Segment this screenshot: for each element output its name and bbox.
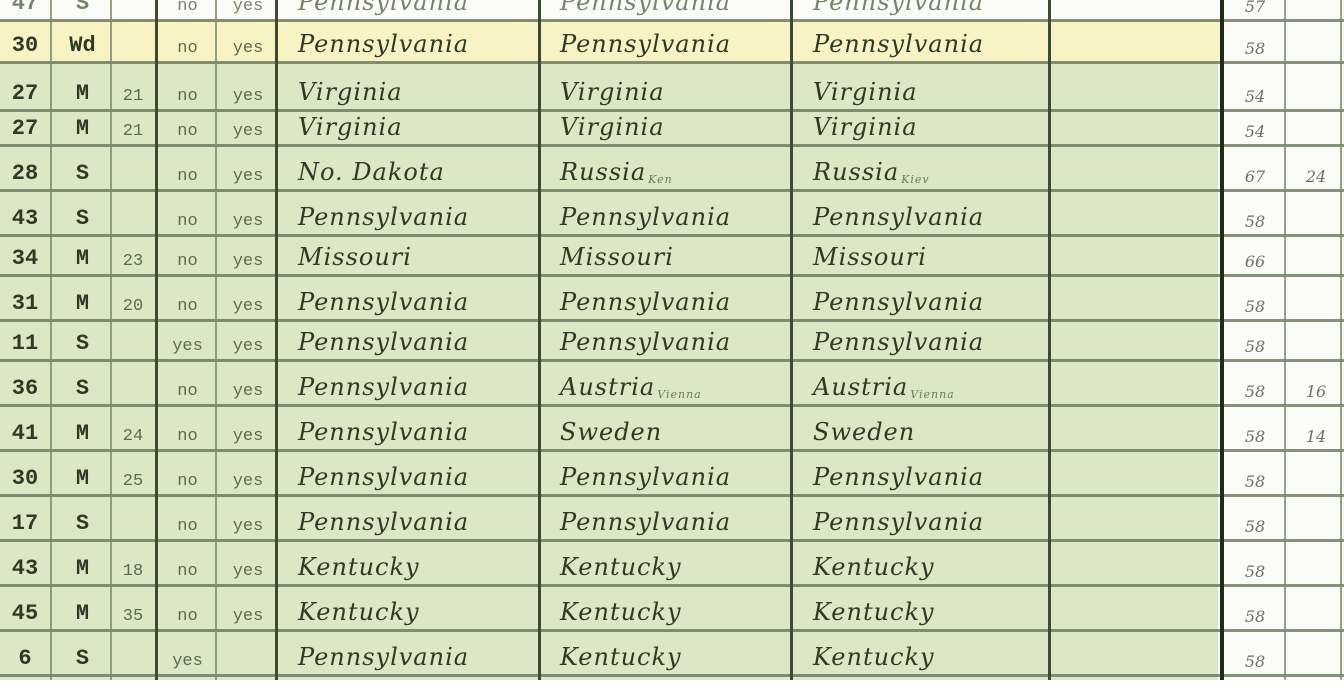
code-1-value: 54 bbox=[1245, 87, 1265, 106]
row-rule bbox=[0, 319, 1344, 322]
birthplace-value: Pennsylvania bbox=[298, 373, 469, 401]
code-2-cell bbox=[1288, 275, 1344, 320]
code-1-value: 58 bbox=[1245, 562, 1265, 581]
school-cell: no bbox=[160, 190, 215, 235]
code-2-cell bbox=[1288, 585, 1344, 630]
mother-birthplace-cell: Pennsylvania bbox=[805, 275, 1048, 320]
age-at-marriage-cell bbox=[112, 20, 154, 62]
age-at-marriage-cell bbox=[112, 360, 154, 405]
column-rule bbox=[110, 0, 112, 688]
code-1-value: 67 bbox=[1245, 167, 1265, 186]
age-cell: 28 bbox=[0, 145, 50, 190]
code-1-cell: 54 bbox=[1226, 110, 1284, 145]
age-cell: 11 bbox=[0, 320, 50, 360]
read-write-value: yes bbox=[233, 87, 264, 106]
census-row[interactable]: 34M23noyesMissouriMissouriMissouri66 bbox=[0, 235, 1344, 275]
age-value: 31 bbox=[12, 291, 38, 316]
code-1-cell: 58 bbox=[1226, 275, 1284, 320]
school-cell: yes bbox=[160, 630, 215, 675]
code-2-cell: 16 bbox=[1288, 360, 1344, 405]
code-1-value: 58 bbox=[1245, 472, 1265, 491]
father-birthplace-cell: Kentucky bbox=[552, 585, 788, 630]
marital-status-cell: M bbox=[55, 540, 110, 585]
mother-birthplace-cell: Pennsylvania bbox=[805, 190, 1048, 235]
census-row[interactable]: 45M35noyesKentuckyKentuckyKentucky58 bbox=[0, 585, 1344, 630]
marital-status-value: M bbox=[76, 421, 89, 446]
code-2-value: 24 bbox=[1306, 167, 1326, 186]
code-1-value: 58 bbox=[1245, 39, 1265, 58]
school-cell: no bbox=[160, 145, 215, 190]
birthplace-cell: Pennsylvania bbox=[290, 450, 538, 495]
age-cell: 30 bbox=[0, 20, 50, 62]
school-value: no bbox=[177, 427, 197, 446]
age-cell: 43 bbox=[0, 190, 50, 235]
mother-birthplace-value: Pennsylvania bbox=[813, 463, 984, 491]
marital-status-value: S bbox=[76, 0, 89, 16]
column-rule bbox=[215, 0, 217, 688]
census-row[interactable]: 30M25noyesPennsylvaniaPennsylvaniaPennsy… bbox=[0, 450, 1344, 495]
father-birthplace-value: Sweden bbox=[560, 418, 662, 446]
column-rule bbox=[538, 0, 541, 688]
census-row[interactable]: 11SyesyesPennsylvaniaPennsylvaniaPennsyl… bbox=[0, 320, 1344, 360]
age-cell: 41 bbox=[0, 405, 50, 450]
father-birthplace-cell: Missouri bbox=[552, 235, 788, 275]
code-1-cell: 58 bbox=[1226, 450, 1284, 495]
mother-birthplace-cell: Pennsylvania bbox=[805, 20, 1048, 62]
age-value: 45 bbox=[12, 601, 38, 626]
marital-status-cell: S bbox=[55, 320, 110, 360]
age-value: 30 bbox=[12, 33, 38, 58]
marital-status-value: S bbox=[76, 646, 89, 671]
marital-status-cell: M bbox=[55, 275, 110, 320]
marital-status-cell: M bbox=[55, 235, 110, 275]
column-rule bbox=[155, 0, 158, 688]
mother-birthplace-value: Missouri bbox=[813, 243, 927, 271]
read-write-value: yes bbox=[233, 607, 264, 626]
school-value: yes bbox=[172, 337, 203, 356]
age-at-marriage-value: 20 bbox=[123, 297, 143, 316]
father-birthplace-value: Kentucky bbox=[560, 643, 682, 671]
age-at-marriage-cell bbox=[112, 190, 154, 235]
birthplace-value: Missouri bbox=[298, 243, 412, 271]
code-2-value: 16 bbox=[1306, 382, 1326, 401]
age-at-marriage-value: 35 bbox=[123, 607, 143, 626]
code-2-cell bbox=[1288, 0, 1344, 20]
marital-status-cell: S bbox=[55, 145, 110, 190]
code-2-cell: 24 bbox=[1288, 145, 1344, 190]
annotation-note: Vienna bbox=[657, 388, 702, 401]
father-birthplace-cell: Kentucky bbox=[552, 630, 788, 675]
birthplace-value: No. Dakota bbox=[298, 158, 445, 186]
father-birthplace-value: Kentucky bbox=[560, 598, 682, 626]
age-at-marriage-cell: 24 bbox=[112, 405, 154, 450]
code-2-cell: 14 bbox=[1288, 405, 1344, 450]
code-2-cell bbox=[1288, 630, 1344, 675]
birthplace-cell: Pennsylvania bbox=[290, 320, 538, 360]
school-value: no bbox=[177, 122, 197, 141]
marital-status-cell: M bbox=[55, 110, 110, 145]
school-value: no bbox=[177, 87, 197, 106]
father-birthplace-value: Missouri bbox=[560, 243, 674, 271]
birthplace-cell: Pennsylvania bbox=[290, 630, 538, 675]
census-row[interactable]: 27M21noyesVirginiaVirginiaVirginia54 bbox=[0, 110, 1344, 145]
marital-status-value: S bbox=[76, 511, 89, 536]
age-at-marriage-cell bbox=[112, 320, 154, 360]
birthplace-cell: Pennsylvania bbox=[290, 190, 538, 235]
row-rule bbox=[0, 584, 1344, 587]
read-write-cell: yes bbox=[222, 0, 274, 20]
code-1-cell: 58 bbox=[1226, 190, 1284, 235]
column-rule bbox=[1340, 0, 1342, 688]
mother-birthplace-value: Pennsylvania bbox=[813, 203, 984, 231]
age-at-marriage-cell: 20 bbox=[112, 275, 154, 320]
mother-birthplace-value: Pennsylvania bbox=[813, 30, 984, 58]
code-1-value: 66 bbox=[1245, 252, 1265, 271]
birthplace-cell: Pennsylvania bbox=[290, 405, 538, 450]
mother-birthplace-cell: Kentucky bbox=[805, 540, 1048, 585]
mother-birthplace-value: Russia bbox=[813, 158, 899, 186]
read-write-cell: yes bbox=[222, 20, 274, 62]
code-1-cell: 58 bbox=[1226, 360, 1284, 405]
row-rule bbox=[0, 109, 1344, 112]
birthplace-cell: Pennsylvania bbox=[290, 0, 538, 20]
birthplace-cell: Pennsylvania bbox=[290, 20, 538, 62]
age-at-marriage-cell bbox=[112, 495, 154, 540]
father-birthplace-value: Pennsylvania bbox=[560, 203, 731, 231]
code-2-cell bbox=[1288, 320, 1344, 360]
marital-status-value: M bbox=[76, 466, 89, 491]
father-birthplace-value: Pennsylvania bbox=[560, 508, 731, 536]
age-value: 27 bbox=[12, 116, 38, 141]
mother-birthplace-cell: Sweden bbox=[805, 405, 1048, 450]
school-cell: no bbox=[160, 235, 215, 275]
school-value: no bbox=[177, 212, 197, 231]
code-1-value: 58 bbox=[1245, 337, 1265, 356]
age-at-marriage-cell bbox=[112, 0, 154, 20]
birthplace-cell: Kentucky bbox=[290, 585, 538, 630]
read-write-value: yes bbox=[233, 337, 264, 356]
mother-birthplace-value: Pennsylvania bbox=[813, 328, 984, 356]
father-birthplace-value: Pennsylvania bbox=[560, 288, 731, 316]
row-rule bbox=[0, 19, 1344, 22]
school-value: no bbox=[177, 39, 197, 58]
age-at-marriage-cell bbox=[112, 630, 154, 675]
marital-status-value: M bbox=[76, 291, 89, 316]
code-1-cell: 58 bbox=[1226, 540, 1284, 585]
birthplace-value: Pennsylvania bbox=[298, 418, 469, 446]
mother-birthplace-value: Kentucky bbox=[813, 643, 935, 671]
birthplace-value: Pennsylvania bbox=[298, 328, 469, 356]
mother-birthplace-cell: Pennsylvania bbox=[805, 495, 1048, 540]
column-rule bbox=[50, 0, 52, 688]
age-at-marriage-value: 25 bbox=[123, 472, 143, 491]
code-1-value: 58 bbox=[1245, 212, 1265, 231]
row-rule bbox=[0, 449, 1344, 452]
birthplace-cell: Virginia bbox=[290, 110, 538, 145]
age-value: 28 bbox=[12, 161, 38, 186]
birthplace-cell: Missouri bbox=[290, 235, 538, 275]
school-value: no bbox=[177, 297, 197, 316]
father-birthplace-cell: Virginia bbox=[552, 62, 788, 110]
father-birthplace-value: Kentucky bbox=[560, 553, 682, 581]
code-1-value: 58 bbox=[1245, 382, 1265, 401]
age-cell: 36 bbox=[0, 360, 50, 405]
birthplace-value: Pennsylvania bbox=[298, 643, 469, 671]
code-2-cell bbox=[1288, 110, 1344, 145]
code-2-cell bbox=[1288, 540, 1344, 585]
census-row[interactable]: 43SnoyesPennsylvaniaPennsylvaniaPennsylv… bbox=[0, 190, 1344, 235]
column-rule bbox=[1048, 0, 1051, 688]
code-1-cell: 58 bbox=[1226, 630, 1284, 675]
age-cell: 43 bbox=[0, 540, 50, 585]
marital-status-cell: M bbox=[55, 62, 110, 110]
code-2-value: 14 bbox=[1306, 427, 1326, 446]
row-rule bbox=[0, 494, 1344, 497]
mother-birthplace-cell: Kentucky bbox=[805, 585, 1048, 630]
birthplace-cell: No. Dakota bbox=[290, 145, 538, 190]
father-birthplace-cell: Pennsylvania bbox=[552, 495, 788, 540]
mother-birthplace-value: Sweden bbox=[813, 418, 915, 446]
father-birthplace-value: Virginia bbox=[560, 78, 665, 106]
birthplace-cell: Virginia bbox=[290, 62, 538, 110]
father-birthplace-cell: Virginia bbox=[552, 110, 788, 145]
age-value: 11 bbox=[12, 331, 38, 356]
father-birthplace-value: Russia bbox=[560, 158, 646, 186]
school-value: yes bbox=[172, 652, 203, 671]
father-birthplace-value: Pennsylvania bbox=[560, 328, 731, 356]
age-value: 27 bbox=[12, 81, 38, 106]
row-rule bbox=[0, 274, 1344, 277]
read-write-value: yes bbox=[233, 297, 264, 316]
age-at-marriage-cell: 25 bbox=[112, 450, 154, 495]
mother-birthplace-value: Kentucky bbox=[813, 598, 935, 626]
read-write-cell: yes bbox=[222, 275, 274, 320]
age-cell: 34 bbox=[0, 235, 50, 275]
read-write-cell: yes bbox=[222, 405, 274, 450]
read-write-cell: yes bbox=[222, 110, 274, 145]
mother-birthplace-value: Pennsylvania bbox=[813, 288, 984, 316]
age-at-marriage-cell: 21 bbox=[112, 62, 154, 110]
father-birthplace-cell: Sweden bbox=[552, 405, 788, 450]
read-write-value: yes bbox=[233, 122, 264, 141]
annotation-note: Kiev bbox=[901, 173, 929, 186]
father-birthplace-value: Pennsylvania bbox=[560, 30, 731, 58]
birthplace-value: Pennsylvania bbox=[298, 508, 469, 536]
read-write-value: yes bbox=[233, 252, 264, 271]
code-1-value: 57 bbox=[1245, 0, 1265, 16]
annotation-note: Ken bbox=[648, 173, 673, 186]
age-cell: 45 bbox=[0, 585, 50, 630]
code-1-value: 58 bbox=[1245, 297, 1265, 316]
code-1-cell: 58 bbox=[1226, 20, 1284, 62]
school-cell: no bbox=[160, 110, 215, 145]
school-value: no bbox=[177, 607, 197, 626]
marital-status-value: M bbox=[76, 81, 89, 106]
code-2-cell bbox=[1288, 450, 1344, 495]
age-cell: 27 bbox=[0, 110, 50, 145]
read-write-cell: yes bbox=[222, 585, 274, 630]
read-write-cell: yes bbox=[222, 235, 274, 275]
column-rule bbox=[790, 0, 793, 688]
age-at-marriage-cell: 21 bbox=[112, 110, 154, 145]
father-birthplace-cell: Pennsylvania bbox=[552, 275, 788, 320]
code-1-cell: 58 bbox=[1226, 405, 1284, 450]
school-cell: no bbox=[160, 540, 215, 585]
age-cell: 31 bbox=[0, 275, 50, 320]
school-value: no bbox=[177, 252, 197, 271]
school-cell: no bbox=[160, 360, 215, 405]
school-cell: no bbox=[160, 20, 215, 62]
marital-status-value: M bbox=[76, 246, 89, 271]
age-cell: 30 bbox=[0, 450, 50, 495]
read-write-value: yes bbox=[233, 167, 264, 186]
birthplace-value: Pennsylvania bbox=[298, 30, 469, 58]
mother-birthplace-value: Virginia bbox=[813, 78, 918, 106]
code-1-cell: 66 bbox=[1226, 235, 1284, 275]
census-row[interactable]: 36SnoyesPennsylvaniaAustriaViennaAustria… bbox=[0, 360, 1344, 405]
code-2-cell bbox=[1288, 495, 1344, 540]
marital-status-value: S bbox=[76, 161, 89, 186]
column-rule bbox=[1284, 0, 1286, 688]
age-at-marriage-value: 23 bbox=[123, 252, 143, 271]
father-birthplace-cell: Pennsylvania bbox=[552, 0, 788, 20]
mother-birthplace-value: Kentucky bbox=[813, 553, 935, 581]
row-rule bbox=[0, 404, 1344, 407]
marital-status-value: S bbox=[76, 376, 89, 401]
birthplace-value: Pennsylvania bbox=[298, 463, 469, 491]
father-birthplace-value: Pennsylvania bbox=[560, 0, 731, 16]
column-rule bbox=[1220, 0, 1224, 688]
row-rule bbox=[0, 629, 1344, 632]
school-value: no bbox=[177, 167, 197, 186]
marital-status-value: Wd bbox=[69, 33, 95, 58]
age-at-marriage-cell: 35 bbox=[112, 585, 154, 630]
age-value: 30 bbox=[12, 466, 38, 491]
annotation-note: Vienna bbox=[910, 388, 955, 401]
birthplace-value: Virginia bbox=[298, 78, 403, 106]
read-write-cell: yes bbox=[222, 62, 274, 110]
column-rule bbox=[275, 0, 278, 688]
page-edge bbox=[0, 680, 1344, 688]
read-write-cell: yes bbox=[222, 450, 274, 495]
age-at-marriage-value: 24 bbox=[123, 427, 143, 446]
father-birthplace-cell: AustriaVienna bbox=[552, 360, 788, 405]
father-birthplace-value: Austria bbox=[560, 373, 655, 401]
read-write-value: yes bbox=[233, 517, 264, 536]
row-rule bbox=[0, 234, 1344, 237]
code-1-cell: 58 bbox=[1226, 585, 1284, 630]
marital-status-cell: S bbox=[55, 190, 110, 235]
age-at-marriage-value: 21 bbox=[123, 122, 143, 141]
marital-status-value: M bbox=[76, 556, 89, 581]
mother-birthplace-value: Pennsylvania bbox=[813, 0, 984, 16]
code-1-cell: 67 bbox=[1226, 145, 1284, 190]
census-row[interactable]: 17SnoyesPennsylvaniaPennsylvaniaPennsylv… bbox=[0, 495, 1344, 540]
census-row[interactable]: 28SnoyesNo. DakotaRussiaKenRussiaKiev672… bbox=[0, 145, 1344, 190]
census-row[interactable]: 27M21noyesVirginiaVirginiaVirginia54 bbox=[0, 62, 1344, 110]
marital-status-value: S bbox=[76, 206, 89, 231]
code-1-value: 58 bbox=[1245, 427, 1265, 446]
age-value: 43 bbox=[12, 206, 38, 231]
age-value: 34 bbox=[12, 246, 38, 271]
code-2-cell bbox=[1288, 235, 1344, 275]
father-birthplace-cell: Pennsylvania bbox=[552, 320, 788, 360]
age-value: 43 bbox=[12, 556, 38, 581]
row-rule bbox=[0, 359, 1344, 362]
school-value: no bbox=[177, 517, 197, 536]
read-write-cell: yes bbox=[222, 360, 274, 405]
row-rule bbox=[0, 61, 1344, 64]
mother-birthplace-cell: Missouri bbox=[805, 235, 1048, 275]
marital-status-cell: M bbox=[55, 450, 110, 495]
read-write-value: yes bbox=[233, 39, 264, 58]
school-cell: no bbox=[160, 275, 215, 320]
mother-birthplace-value: Austria bbox=[813, 373, 908, 401]
age-cell: 17 bbox=[0, 495, 50, 540]
school-cell: no bbox=[160, 495, 215, 540]
birthplace-value: Pennsylvania bbox=[298, 0, 469, 16]
marital-status-cell: Wd bbox=[55, 20, 110, 62]
read-write-cell: yes bbox=[222, 540, 274, 585]
marital-status-value: M bbox=[76, 601, 89, 626]
read-write-value: yes bbox=[233, 0, 264, 16]
birthplace-cell: Pennsylvania bbox=[290, 275, 538, 320]
read-write-cell: yes bbox=[222, 320, 274, 360]
birthplace-cell: Kentucky bbox=[290, 540, 538, 585]
marital-status-value: M bbox=[76, 116, 89, 141]
census-row-partial[interactable]: 47SnoyesPennsylvaniaPennsylvaniaPennsylv… bbox=[0, 0, 1344, 20]
school-cell: no bbox=[160, 450, 215, 495]
code-1-cell: 58 bbox=[1226, 320, 1284, 360]
mother-birthplace-cell: RussiaKiev bbox=[805, 145, 1048, 190]
age-cell: 47 bbox=[0, 0, 50, 20]
birthplace-value: Kentucky bbox=[298, 553, 420, 581]
code-1-value: 54 bbox=[1245, 122, 1265, 141]
father-birthplace-cell: Pennsylvania bbox=[552, 190, 788, 235]
census-row-selected[interactable]: 30WdnoyesPennsylvaniaPennsylvaniaPennsyl… bbox=[0, 20, 1344, 62]
age-value: 6 bbox=[18, 646, 31, 671]
marital-status-value: S bbox=[76, 331, 89, 356]
father-birthplace-cell: Pennsylvania bbox=[552, 20, 788, 62]
mother-birthplace-cell: Pennsylvania bbox=[805, 0, 1048, 20]
birthplace-value: Virginia bbox=[298, 113, 403, 141]
father-birthplace-value: Pennsylvania bbox=[560, 463, 731, 491]
age-at-marriage-cell bbox=[112, 145, 154, 190]
row-rule bbox=[0, 539, 1344, 542]
school-cell: yes bbox=[160, 320, 215, 360]
census-row[interactable]: 31M20noyesPennsylvaniaPennsylvaniaPennsy… bbox=[0, 275, 1344, 320]
school-cell: no bbox=[160, 585, 215, 630]
read-write-value: yes bbox=[233, 212, 264, 231]
census-row[interactable]: 41M24noyesPennsylvaniaSwedenSweden5814 bbox=[0, 405, 1344, 450]
row-rule bbox=[0, 674, 1344, 677]
code-2-cell bbox=[1288, 20, 1344, 62]
mother-birthplace-cell: Pennsylvania bbox=[805, 450, 1048, 495]
school-value: no bbox=[177, 472, 197, 491]
birthplace-value: Kentucky bbox=[298, 598, 420, 626]
birthplace-cell: Pennsylvania bbox=[290, 495, 538, 540]
census-row[interactable]: 43M18noyesKentuckyKentuckyKentucky58 bbox=[0, 540, 1344, 585]
code-1-value: 58 bbox=[1245, 652, 1265, 671]
father-birthplace-cell: RussiaKen bbox=[552, 145, 788, 190]
mother-birthplace-cell: Virginia bbox=[805, 62, 1048, 110]
age-at-marriage-cell: 23 bbox=[112, 235, 154, 275]
census-row[interactable]: 6SyesPennsylvaniaKentuckyKentucky58 bbox=[0, 630, 1344, 675]
mother-birthplace-cell: Kentucky bbox=[805, 630, 1048, 675]
age-at-marriage-value: 21 bbox=[123, 87, 143, 106]
code-2-cell bbox=[1288, 190, 1344, 235]
father-birthplace-cell: Kentucky bbox=[552, 540, 788, 585]
